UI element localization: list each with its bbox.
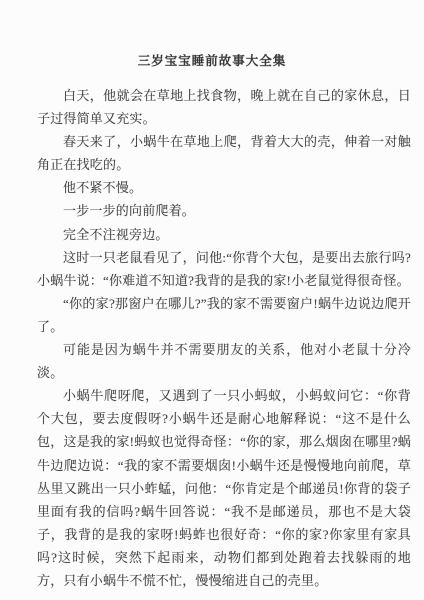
story-paragraph: 他不紧不慢。: [37, 176, 411, 199]
story-paragraph: 小蜗牛爬呀爬，又遇到了一只小蚂蚁，小蚂蚁问它：“你背个大包，要去度假呀?小蜗牛还…: [37, 384, 411, 592]
story-paragraph: 春天来了，小蜗牛在草地上爬，背着大大的壳，伸着一对触角正在找吃的。: [37, 130, 411, 176]
story-paragraph: 可能是因为蜗牛并不需要朋友的关系，他对小老鼠十分冷淡。: [37, 338, 411, 384]
story-paragraph: 白天，他就会在草地上找食物，晚上就在自己的家休息，日子过得简单又充实。: [37, 84, 411, 130]
story-paragraph: “你的家?那窗户在哪儿?”我的家不需要窗户!蜗牛边说边爬开了。: [37, 292, 411, 338]
document-page: 三岁宝宝睡前故事大全集 白天，他就会在草地上找食物，晚上就在自己的家休息，日子过…: [0, 0, 424, 600]
document-body: 白天，他就会在草地上找食物，晚上就在自己的家休息，日子过得简单又充实。 春天来了…: [37, 84, 411, 592]
story-paragraph: 这时一只老鼠看见了，问他:“你背个大包，是要出去旅行吗?小蜗牛说：“你难道不知道…: [37, 246, 411, 292]
story-paragraph: 完全不注视旁边。: [37, 223, 411, 246]
story-paragraph: 一步一步的向前爬着。: [37, 199, 411, 222]
document-title: 三岁宝宝睡前故事大全集: [37, 50, 387, 73]
